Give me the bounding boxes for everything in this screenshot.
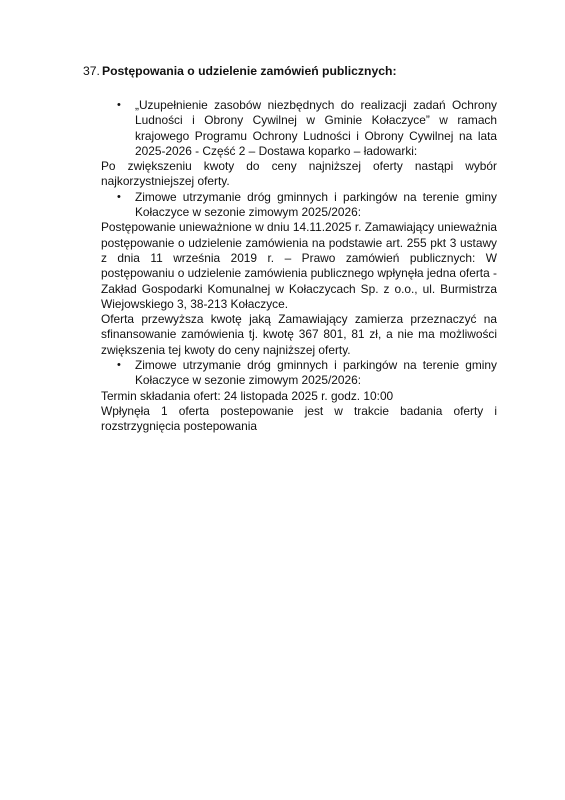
bullet-item-excavator-tender: • „Uzupełnienie zasobów niezbędnych do r… [101,98,497,159]
section-title: Postępowania o udzielenie zamówień publi… [102,64,397,78]
bullet-item-winter-maintenance-2: • Zimowe utrzymanie dróg gminnych i park… [101,358,497,389]
paragraph-annulment: Postępowanie unieważnione w dniu 14.11.2… [101,220,497,312]
section-heading: 37.Postępowania o udzielenie zamówień pu… [83,64,503,79]
bullet-item-winter-maintenance-1: • Zimowe utrzymanie dróg gminnych i park… [101,190,497,221]
paragraph-deadline: Termin składania ofert: 24 listopada 202… [101,389,497,404]
bullet-icon: • [117,190,121,205]
section-number: 37. [83,64,100,78]
section-body: • „Uzupełnienie zasobów niezbędnych do r… [101,98,497,435]
paragraph-offer-exceeds: Oferta przewyższa kwotę jaką Zamawiający… [101,312,497,358]
bullet-text: Zimowe utrzymanie dróg gminnych i parkin… [135,358,497,387]
document-page: 37.Postępowania o udzielenie zamówień pu… [0,0,565,800]
bullet-text: Zimowe utrzymanie dróg gminnych i parkin… [135,190,497,219]
paragraph-excavator-status: Po zwiększeniu kwoty do ceny najniższej … [101,159,497,190]
bullet-icon: • [117,358,121,373]
paragraph-offer-received: Wpłynęła 1 oferta postepowanie jest w tr… [101,404,497,435]
bullet-icon: • [117,98,121,113]
bullet-text: „Uzupełnienie zasobów niezbędnych do rea… [135,98,497,158]
